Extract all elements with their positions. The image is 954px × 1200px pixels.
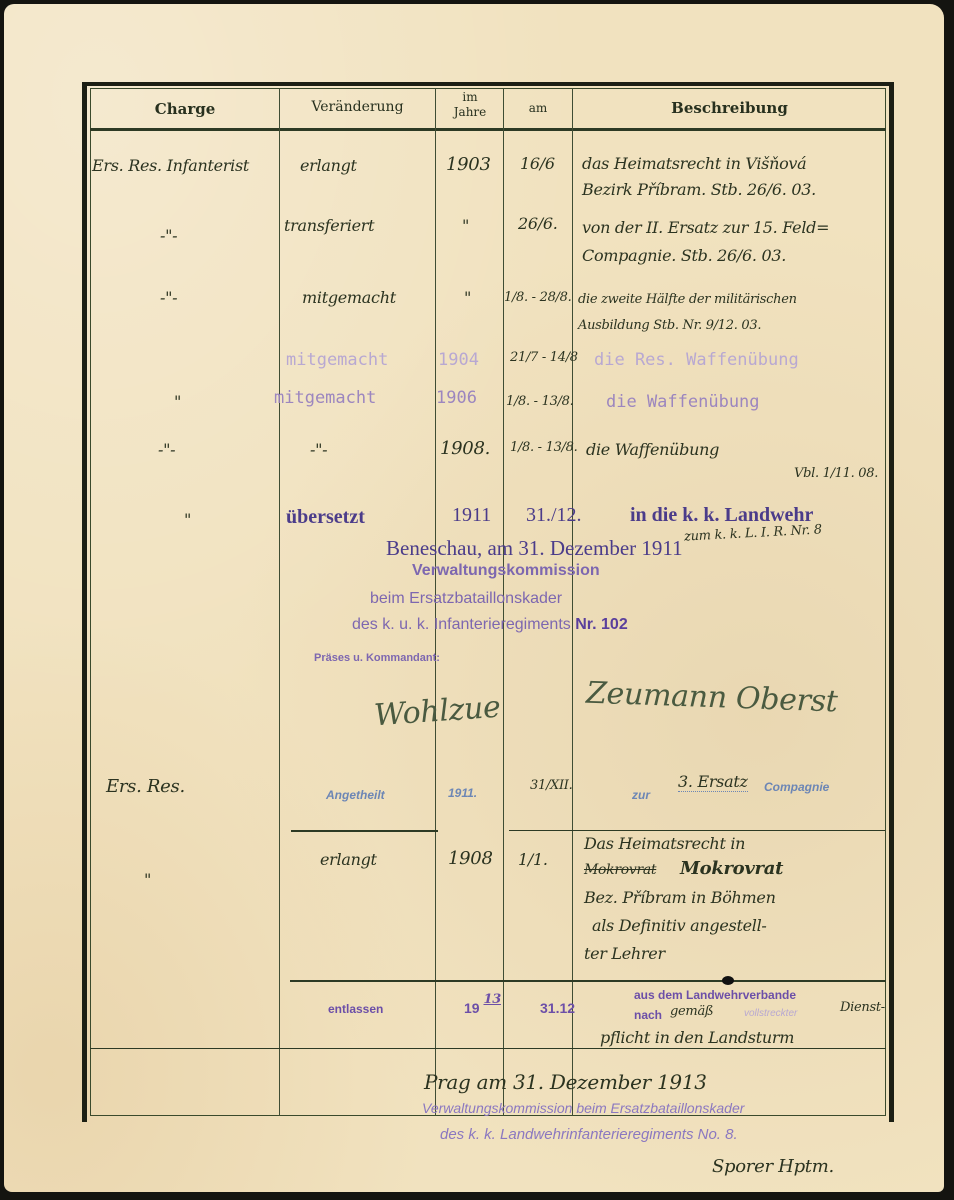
row-heimat-beschreibung-1: Das Heimatsrecht in [584,834,745,853]
section-rule-3 [90,1048,886,1049]
row-ers-jahr: 1911. [448,786,477,800]
stamp-102-place-date: Beneschau, am 31. Dezember 1911 [386,536,683,561]
row-7-jahr-stamp: 1911 [452,504,491,527]
footer-place-date: Prag am 31. Dezember 1913 [424,1070,707,1094]
row-1-am: 16/6 [520,154,555,173]
row-ers-beschreibung-hand: 3. Ersatz [678,772,748,792]
column-divider-4 [572,88,573,1116]
section-rule-1a [291,830,438,832]
column-divider-1 [279,88,280,1116]
row-heimat-beschreibung-5: ter Lehrer [584,944,665,963]
row-heimat-beschreibung-4: als Definitiv angestell- [592,916,767,935]
row-ers-beschreibung-pre: zur [632,788,650,802]
row-6-jahr: 1908. [440,438,490,459]
row-2-jahr: " [462,216,469,235]
row-5-jahr-stamp: 1906 [436,388,477,408]
row-3-veraenderung: mitgemacht [302,288,396,307]
footer-stamp-line2: des k. k. Landwehrinfanterieregiments No… [440,1126,738,1143]
header-veraenderung: Veränderung [280,99,435,115]
row-heimat-struck-text: Mokrovrat [584,862,656,878]
row-1-beschreibung-2: Bezirk Příbram. Stb. 26/6. 03. [582,180,816,199]
row-6-veraenderung: -"- [310,440,327,459]
row-entlassen-am: 31.12 [540,1000,575,1016]
row-heimat-veraenderung: erlangt [320,850,377,869]
row-7-veraenderung-stamp: übersetzt [286,506,365,529]
row-heimat-am: 1/1. [518,850,548,869]
row-3-beschreibung-2: Ausbildung Stb. Nr. 9/12. 03. [578,318,761,333]
row-2-charge: -"- [160,226,177,245]
document-page: Charge Veränderung im Jahre am Beschreib… [4,4,944,1192]
footer-stamp-line1: Verwaltungskommission beim Ersatzbataill… [422,1100,744,1116]
row-2-beschreibung-1: von der II. Ersatz zur 15. Feld= [582,218,829,237]
row-7-am-stamp: 31./12. [526,504,582,527]
stamp-102-praeses: Präses u. Kommandant: [314,652,440,664]
row-1-beschreibung-1: das Heimatsrecht in Višňová [582,154,806,173]
row-4-am: 21/7 - 14/8 [510,350,578,365]
row-6-am: 1/8. - 13/8. [510,440,577,455]
row-entlassen-beschreibung-2-hand: gemäß [670,1004,713,1019]
row-entlassen-beschreibung-2-faded: vollstreckter [744,1008,797,1019]
stamp-102-line3: des k. u. k. Infanterieregiments Nr. 102 [352,616,628,634]
row-ers-veraenderung-stamp: Angetheilt [326,788,385,802]
row-2-am: 26/6. [518,214,558,233]
row-heimat-beschreibung-3: Bez. Příbram in Böhmen [584,888,776,907]
footer-signature: Sporer Hptm. [712,1156,834,1177]
header-am: am [504,101,572,116]
row-7-charge: " [184,510,191,529]
row-3-charge: -"- [160,288,177,307]
row-entlassen-beschreibung-2-stamp: nach [634,1008,662,1022]
header-charge: Charge [90,100,280,118]
ink-blot [722,976,734,985]
section-rule-1b [509,830,885,831]
row-4-veraenderung-stamp: mitgemacht [286,350,388,370]
row-5-veraenderung-stamp: mitgemacht [274,388,376,408]
row-heimat-charge: " [144,870,151,889]
row-ers-am: 31/XII. [530,778,572,793]
row-entlassen-veraenderung-stamp: entlassen [328,1002,383,1016]
row-6-beschreibung-1: die Waffenübung [586,440,719,459]
row-1-veraenderung: erlangt [300,156,357,175]
row-3-am: 1/8. - 28/8. [504,290,571,305]
stamp-102-line2: beim Ersatzbataillonskader [370,590,562,608]
row-2-veraenderung: transferiert [284,216,374,235]
header-im-jahre: im Jahre [436,90,504,120]
row-2-beschreibung-2: Compagnie. Stb. 26/6. 03. [582,246,786,265]
row-6-charge: -"- [158,440,175,459]
row-1-charge: Ers. Res. Infanterist [92,156,249,175]
row-heimat-jahr: 1908 [448,848,493,869]
row-entlassen-jahr: 19 13 [464,1000,501,1017]
row-ers-beschreibung-post: Compagnie [764,780,829,794]
section-rule-2 [290,980,886,982]
row-5-charge: " [174,392,181,411]
row-5-am: 1/8. - 13/8. [506,394,573,409]
row-4-jahr-stamp: 1904 [438,350,479,370]
row-entlassen-beschreibung-2-hand2: Dienst- [840,1000,885,1015]
row-entlassen-beschreibung-3: pflicht in den Landsturm [600,1028,794,1047]
row-ers-charge: Ers. Res. [106,776,185,797]
stamp-102-line1: Verwaltungskommission [412,562,600,580]
row-3-jahr: " [464,288,471,307]
row-1-jahr: 1903 [446,154,491,175]
row-3-beschreibung-1: die zweite Hälfte der militärischen [578,292,797,307]
row-heimat-beschreibung-2: Mokrovrat [680,858,783,879]
row-4-beschreibung-stamp: die Res. Waffenübung [594,350,799,370]
row-entlassen-beschreibung-1: aus dem Landwehrverbande [634,988,796,1002]
header-rule [90,128,886,131]
header-beschreibung: Beschreibung [573,99,886,117]
row-6-beschreibung-2: Vbl. 1/11. 08. [794,466,878,481]
row-5-beschreibung-stamp: die Waffenübung [606,392,760,412]
